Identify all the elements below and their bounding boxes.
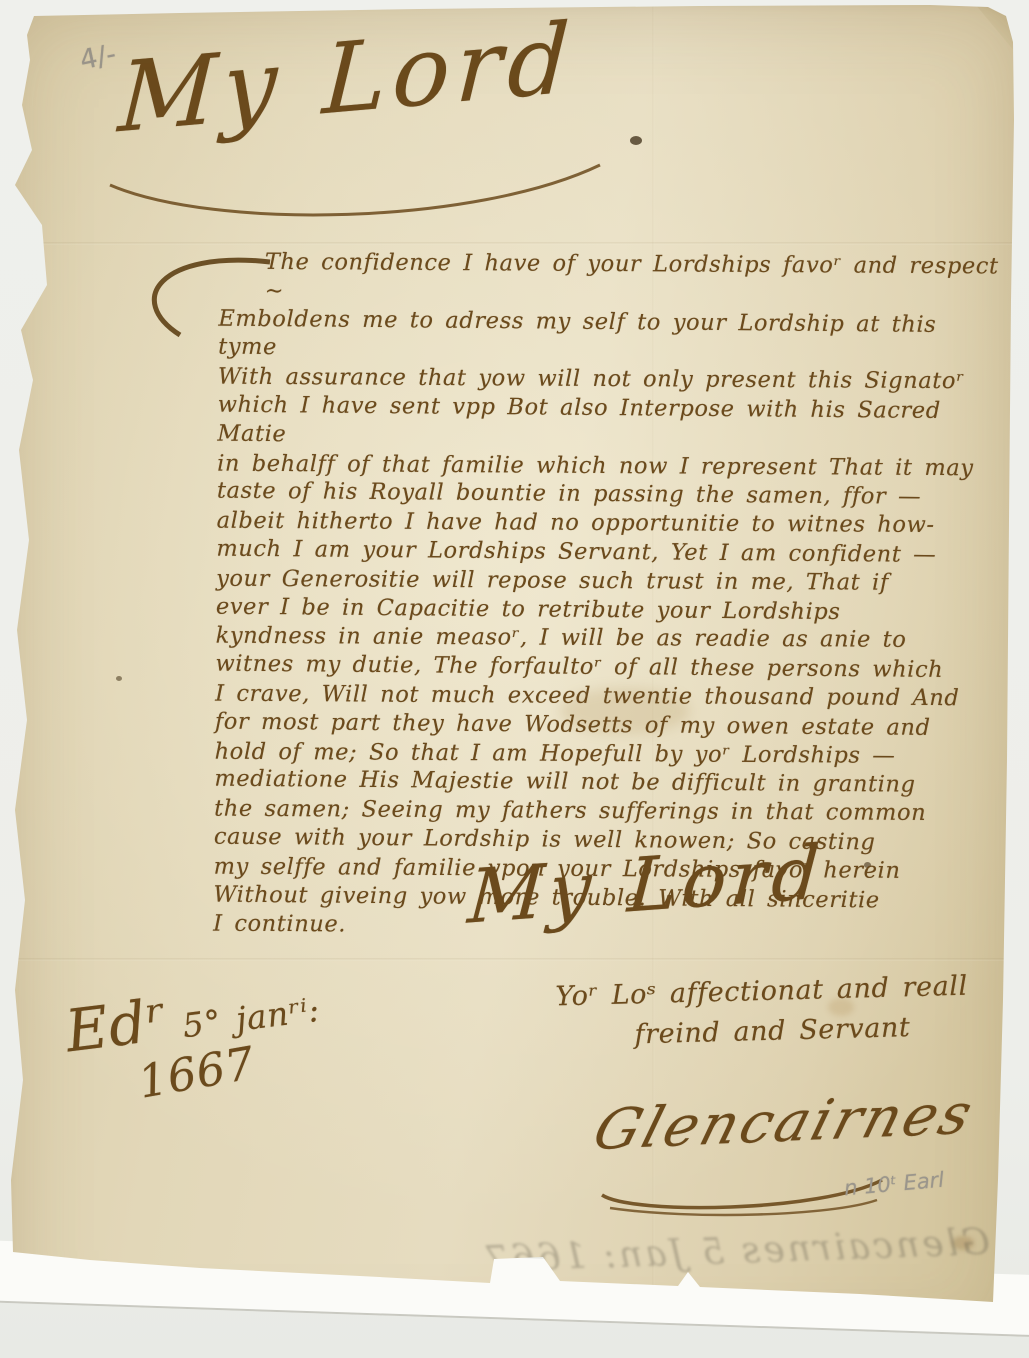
- scanned-letter-photo: 4/- My Lord The confidence I have of you…: [0, 0, 1029, 1358]
- fold-crease: [0, 958, 1029, 961]
- body-line: albeit hitherto I have had no opportunit…: [217, 507, 999, 541]
- letter-body: The confidence I have of your Lordships …: [213, 247, 1001, 945]
- salutation: My Lord: [116, 2, 578, 155]
- body-line: Emboldens me to adress my self to your L…: [218, 304, 1000, 368]
- pencil-price-mark: 4/-: [77, 39, 119, 77]
- closing-line-2: freind and Servant: [634, 1007, 969, 1056]
- body-line: the samen; Seeing my fathers sufferings …: [214, 795, 996, 829]
- body-line: The confidence I have of your Lordships …: [219, 248, 1001, 310]
- folded-corner: [975, 4, 1015, 52]
- closing-block: Yoʳ Loˢ affectionat and reall freind and…: [555, 967, 969, 1058]
- paper-sheet: 4/- My Lord The confidence I have of you…: [0, 0, 1029, 1358]
- body-line: With assurance that yow will not only pr…: [218, 363, 1000, 397]
- signature: Glencairnes: [586, 1082, 981, 1163]
- pencil-earl-note: n 10ᵗ Earl: [843, 1168, 945, 1201]
- ink-spot: [630, 136, 642, 145]
- fold-crease: [0, 242, 1029, 245]
- body-line: kyndness in anie measoʳ, I will be as re…: [216, 622, 998, 656]
- dateline-block: Edʳ 5° janʳⁱ: 1667: [62, 967, 328, 1112]
- body-line: I crave, Will not much exceed twentie th…: [215, 680, 997, 714]
- body-line: hold of me; So that I am Hopefull by yoʳ…: [215, 737, 997, 771]
- body-line: in behalff of that familie which now I r…: [217, 449, 999, 483]
- ink-spot: [116, 676, 122, 681]
- body-line: which I have sent vpp Bot also Interpose…: [217, 391, 999, 455]
- body-line: your Generositie will repose such trust …: [216, 564, 998, 598]
